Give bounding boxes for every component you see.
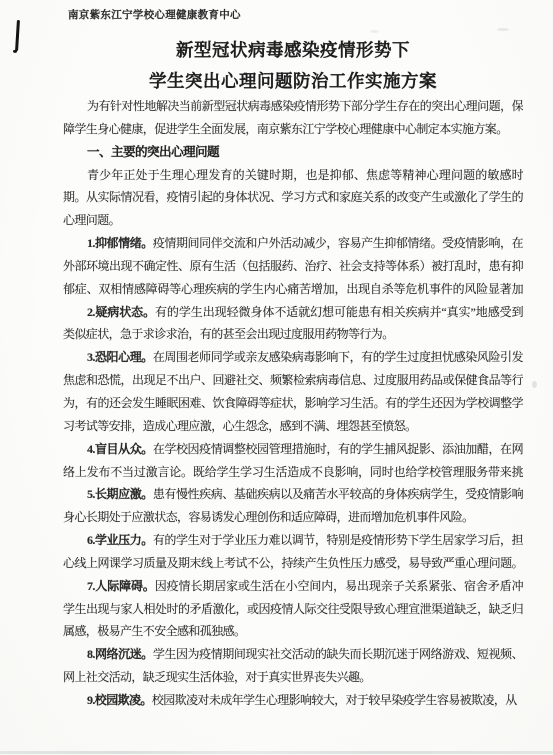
text-line: 属感，极易产生不安全感和孤独感。 xyxy=(63,620,523,643)
text-run: 学生因为疫情期间现实社交活动的缺失而长期沉迷于网络游戏、短视频、 xyxy=(153,647,523,661)
item-label: 8.网络沉迷。 xyxy=(87,647,153,661)
scan-smudge xyxy=(370,30,379,33)
text-run: 为，有的还会发生睡眠困难、饮食障碍等症状，影响学习生活。有的学生还因为学校调整学 xyxy=(63,396,523,410)
text-run: 患有慢性疾病、基础疾病以及痛苦水平较高的身体疾病学生，受疫情影响 xyxy=(153,487,523,501)
text-run: 网上社交活动，缺乏现实生活体验，对于真实世界丧失兴趣。 xyxy=(63,670,371,684)
text-line: 外部环境出现不确定性、原有生活（包括服药、治疗、社会支持等体系）被打乱时，患有抑 xyxy=(63,255,523,278)
text-run: 郁症、双相情感障碍等心理疾病的学生内心痛苦增加，出现自杀等危机事件的风险显著加大… xyxy=(63,282,523,301)
paragraph: 1.抑郁情绪。疫情期间同伴交流和户外活动减少，容易产生抑郁情绪。受疫情影响，在外… xyxy=(63,232,523,301)
document-title-line-1: 新型冠状病毒感染疫情形势下 xyxy=(63,37,523,62)
item-label: 9.校园欺凌。 xyxy=(87,693,152,707)
scan-smudge xyxy=(532,381,537,388)
text-line: 络上发布不当过激言论。既给学生学习生活造成不良影响，同时也给学校管理服务带来挑战… xyxy=(63,461,523,484)
text-run: 期。从实际情况看，疫情引起的身体状况、学习方式和家庭关系的改变产生或激化了学生的 xyxy=(63,190,523,204)
text-line: 心线上网课学习质量及期末线上考试不公，持续产生负性压力感受，易导致严重心理问题。 xyxy=(63,552,523,575)
paragraph: 为有针对性地解决当前新型冠状病毒感染疫情形势下部分学生存在的突出心理问题，保障学… xyxy=(63,95,523,141)
text-line: 为，有的还会发生睡眠困难、饮食障碍等症状，影响学习生活。有的学生还因为学校调整学 xyxy=(63,392,523,415)
document-header: 南京紫东江宁学校心理健康教育中心 xyxy=(68,7,241,22)
scan-edge-shadow xyxy=(0,751,553,754)
paragraph: 5.长期应激。患有慢性疾病、基础疾病以及痛苦水平较高的身体疾病学生，受疫情影响身… xyxy=(63,483,523,529)
paragraph: 7.人际障碍。因疫情长期居家或生活在小空间内，易出现亲子关系紧张、宿舍矛盾冲突，… xyxy=(63,575,523,644)
text-run: 络上发布不当过激言论。既给学生学习生活造成不良影响，同时也给学校管理服务带来挑战… xyxy=(63,465,523,484)
paragraph: 3.恐阳心理。在周围老师同学或亲友感染病毒影响下，有的学生过度担忧感染风险引发焦… xyxy=(63,346,523,437)
section-heading: 一、主要的突出心理问题 xyxy=(63,141,523,164)
item-label: 1.抑郁情绪。 xyxy=(87,236,153,250)
text-run: 焦虑和恐慌，出现足不出户、回避社交、频繁检索病毒信息、过度服用药品或保健食品等行 xyxy=(63,373,523,387)
text-line: 焦虑和恐慌，出现足不出户、回避社交、频繁检索病毒信息、过度服用药品或保健食品等行 xyxy=(63,369,523,392)
text-line: 障学生身心健康，促进学生全面发展，南京紫东江宁学校心理健康中心制定本实施方案。 xyxy=(63,118,523,141)
text-line: 习考试等安排，造成心理应激，心生怨念，感到不满、埋怨甚至愤怒。 xyxy=(63,415,523,438)
text-line: 郁症、双相情感障碍等心理疾病的学生内心痛苦增加，出现自杀等危机事件的风险显著加大… xyxy=(63,278,523,301)
text-run: 在学校因疫情调整校园管理措施时，有的学生捕风捉影、添油加醋，在网 xyxy=(153,442,523,456)
text-line: 5.长期应激。患有慢性疾病、基础疾病以及痛苦水平较高的身体疾病学生，受疫情影响 xyxy=(63,483,523,506)
text-run: 在周围老师同学或亲友感染病毒影响下，有的学生过度担忧感染风险引发 xyxy=(153,350,523,364)
text-run: 习考试等安排，造成心理应激，心生怨念，感到不满、埋怨甚至愤怒。 xyxy=(63,419,416,433)
document-title-line-2: 学生突出心理问题防治工作实施方案 xyxy=(63,68,523,93)
text-line: 青少年正处于生理心理发育的关键时期，也是抑郁、焦虑等精神心理问题的敏感时 xyxy=(63,164,523,187)
text-line: 心理问题。 xyxy=(63,209,523,232)
text-line: 网上社交活动，缺乏现实生活体验，对于真实世界丧失兴趣。 xyxy=(63,666,523,689)
text-line: 1.抑郁情绪。疫情期间同伴交流和户外活动减少，容易产生抑郁情绪。受疫情影响，在 xyxy=(63,232,523,255)
text-run: 类似症状，急于求诊求治，有的甚至会出现过度服用药物等行为。 xyxy=(63,327,394,341)
text-run: 校园欺凌对未成年学生心理影响较大，对于较早染疫学生容易被欺凌，从 xyxy=(152,693,517,707)
paragraph: 8.网络沉迷。学生因为疫情期间现实社交活动的缺失而长期沉迷于网络游戏、短视频、网… xyxy=(63,643,523,689)
text-run: 属感，极易产生不安全感和孤独感。 xyxy=(63,624,245,638)
text-run: 有的学生对于学业压力难以调节，特别是疫情形势下学生居家学习后，担 xyxy=(153,533,523,547)
item-label: 2.疑病状态。 xyxy=(87,305,155,319)
text-run: 学生出现与家人相处时的矛盾激化，或因疫情人际交往受限导致心理宣泄渠道缺乏，缺乏归 xyxy=(63,602,523,616)
paragraph: 2.疑病状态。有的学生出现轻微身体不适就幻想可能患有相关疾病并“真实”地感受到类… xyxy=(63,301,523,347)
paragraph: 青少年正处于生理心理发育的关键时期，也是抑郁、焦虑等精神心理问题的敏感时期。从实… xyxy=(63,164,523,233)
document-page: 南京紫东江宁学校心理健康教育中心 新型冠状病毒感染疫情形势下 学生突出心理问题防… xyxy=(0,0,553,755)
text-line: 一、主要的突出心理问题 xyxy=(63,141,523,164)
paragraph: 4.盲目从众。在学校因疫情调整校园管理措施时，有的学生捕风捉影、添油加醋，在网络… xyxy=(63,438,523,484)
text-run: 心理问题。 xyxy=(63,213,120,227)
text-run: 身心长期处于应激状态，容易诱发心理创伤和适应障碍，进而增加危机事件风险。 xyxy=(63,510,473,524)
text-line: 8.网络沉迷。学生因为疫情期间现实社交活动的缺失而长期沉迷于网络游戏、短视频、 xyxy=(63,643,523,666)
text-run: 障学生身心健康，促进学生全面发展，南京紫东江宁学校心理健康中心制定本实施方案。 xyxy=(63,122,508,136)
text-line: 为有针对性地解决当前新型冠状病毒感染疫情形势下部分学生存在的突出心理问题，保 xyxy=(63,95,523,118)
text-line: 4.盲目从众。在学校因疫情调整校园管理措施时，有的学生捕风捉影、添油加醋，在网 xyxy=(63,438,523,461)
item-label: 4.盲目从众。 xyxy=(87,442,153,456)
text-line: 学生出现与家人相处时的矛盾激化，或因疫情人际交往受限导致心理宣泄渠道缺乏，缺乏归 xyxy=(63,598,523,621)
text-run: 青少年正处于生理心理发育的关键时期，也是抑郁、焦虑等精神心理问题的敏感时 xyxy=(87,168,523,182)
text-line: 9.校园欺凌。校园欺凌对未成年学生心理影响较大，对于较早染疫学生容易被欺凌，从 xyxy=(63,689,523,712)
item-label: 5.长期应激。 xyxy=(87,487,153,501)
text-run: 为有针对性地解决当前新型冠状病毒感染疫情形势下部分学生存在的突出心理问题，保 xyxy=(87,99,523,113)
text-run: 外部环境出现不确定性、原有生活（包括服药、治疗、社会支持等体系）被打乱时，患有抑 xyxy=(63,259,523,273)
paragraph: 6.学业压力。有的学生对于学业压力难以调节，特别是疫情形势下学生居家学习后，担心… xyxy=(63,529,523,575)
text-line: 2.疑病状态。有的学生出现轻微身体不适就幻想可能患有相关疾病并“真实”地感受到 xyxy=(63,301,523,324)
text-line: 7.人际障碍。因疫情长期居家或生活在小空间内，易出现亲子关系紧张、宿舍矛盾冲突， xyxy=(63,575,523,598)
item-label: 6.学业压力。 xyxy=(87,533,153,547)
text-line: 类似症状，急于求诊求治，有的甚至会出现过度服用药物等行为。 xyxy=(63,323,523,346)
document-body: 为有针对性地解决当前新型冠状病毒感染疫情形势下部分学生存在的突出心理问题，保障学… xyxy=(63,95,523,712)
text-run: 有的学生出现轻微身体不适就幻想可能患有相关疾病并“真实”地感受到 xyxy=(155,305,523,319)
paragraph: 9.校园欺凌。校园欺凌对未成年学生心理影响较大，对于较早染疫学生容易被欺凌，从 xyxy=(63,689,523,712)
text-run: 心线上网课学习质量及期末线上考试不公，持续产生负性压力感受，易导致严重心理问题。 xyxy=(63,556,523,570)
scan-smudge xyxy=(497,28,509,31)
text-line: 身心长期处于应激状态，容易诱发心理创伤和适应障碍，进而增加危机事件风险。 xyxy=(63,506,523,529)
text-line: 6.学业压力。有的学生对于学业压力难以调节，特别是疫情形势下学生居家学习后，担 xyxy=(63,529,523,552)
pen-ink-mark xyxy=(15,20,20,51)
item-label: 7.人际障碍。 xyxy=(87,579,155,593)
item-label: 3.恐阳心理。 xyxy=(87,350,153,364)
text-run: 疫情期间同伴交流和户外活动减少，容易产生抑郁情绪。受疫情影响，在 xyxy=(153,236,523,250)
item-label: 一、主要的突出心理问题 xyxy=(87,145,219,159)
text-line: 3.恐阳心理。在周围老师同学或亲友感染病毒影响下，有的学生过度担忧感染风险引发 xyxy=(63,346,523,369)
text-line: 期。从实际情况看，疫情引起的身体状况、学习方式和家庭关系的改变产生或激化了学生的 xyxy=(63,186,523,209)
